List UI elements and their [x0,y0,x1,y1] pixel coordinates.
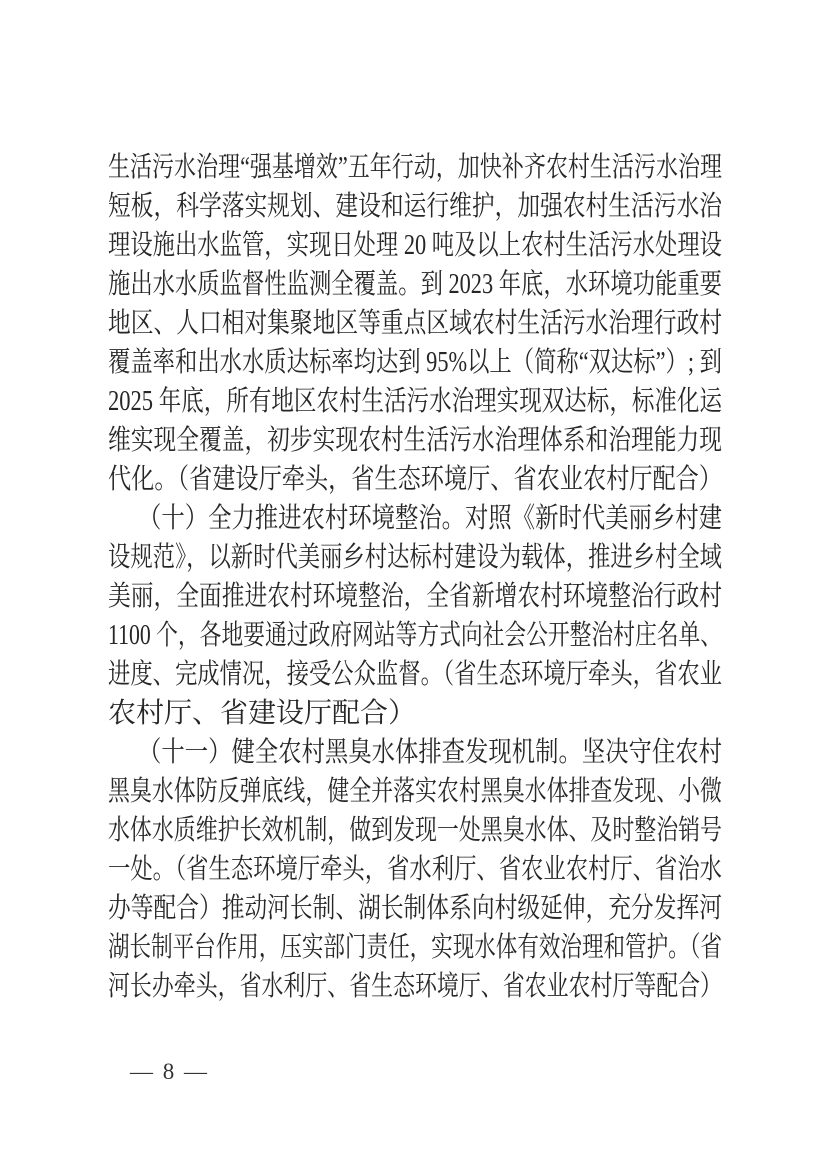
text-line: 设规范》，以新时代美丽乡村达标村建设为载体，推进乡村全域 [108,538,722,577]
text-line: 覆盖率和出水水质达标率均达到 95%以上（简称“双达标”）; 到 [108,343,722,382]
paragraph-item-11-black-odorous-water: （十一）健全农村黑臭水体排查发现机制。坚决守住农村 黑臭水体防反弹底线，健全并落… [108,733,722,1006]
text-line: 水体水质维护长效机制，做到发现一处黑臭水体、及时整治销号 [108,811,722,850]
paragraph-sewage-treatment: 生活污水治理“强基增效”五年行动，加快补齐农村生活污水治理 短板，科学落实规划、… [108,148,722,499]
paragraph-item-10-environment-improvement: （十）全力推进农村环境整治。对照《新时代美丽乡村建 设规范》，以新时代美丽乡村达… [108,499,722,733]
text-line-content: 农村厅、省建设厅配合） [108,694,416,733]
text-line-content: 黑臭水体防反弹底线，健全并落实农村黑臭水体排查发现、小微 [108,772,722,811]
text-line: 短板，科学落实规划、建设和运行维护，加强农村生活污水治 [108,187,722,226]
text-line: 湖长制平台作用，压实部门责任，实现水体有效治理和管护。（省 [108,928,722,967]
text-line-content: 河长办牵头，省水利厅、省生态环境厅、省农业农村厅等配合） [108,967,722,1006]
text-line: 一处。（省生态环境厅牵头，省水利厅、省农业农村厅、省治水 [108,850,722,889]
text-line: 维实现全覆盖，初步实现农村生活污水治理体系和治理能力现 [108,421,722,460]
text-line: 黑臭水体防反弹底线，健全并落实农村黑臭水体排查发现、小微 [108,772,722,811]
text-line: （十一）健全农村黑臭水体排查发现机制。坚决守住农村 [108,733,722,772]
text-line-content: 代化。（省建设厅牵头，省生态环境厅、省农业农村厅配合） [108,460,722,499]
text-line-content: 美丽，全面推进农村环境整治，全省新增农村环境整治行政村 [108,577,722,616]
text-line: 河长办牵头，省水利厅、省生态环境厅、省农业农村厅等配合） [108,967,722,1006]
text-line-content: 湖长制平台作用，压实部门责任，实现水体有效治理和管护。（省 [108,928,722,967]
text-line-content: 水体水质维护长效机制，做到发现一处黑臭水体、及时整治销号 [108,811,722,850]
text-line-content: 进度、完成情况，接受公众监督。（省生态环境厅牵头，省农业 [108,655,722,694]
page-number: — 8 — [130,1058,209,1086]
text-line-content: 2025 年底，所有地区农村生活污水治理实现双达标，标准化运 [108,382,722,421]
text-line: 地区、人口相对集聚地区等重点区域农村生活污水治理行政村 [108,304,722,343]
text-line-content: 理设施出水监管，实现日处理 20 吨及以上农村生活污水处理设 [108,226,722,265]
text-line-content: 维实现全覆盖，初步实现农村生活污水治理体系和治理能力现 [108,421,722,460]
body-text: 生活污水治理“强基增效”五年行动，加快补齐农村生活污水治理 短板，科学落实规划、… [108,148,722,1006]
text-line-content: 施出水水质监督性监测全覆盖。到 2023 年底，水环境功能重要 [108,265,722,304]
text-line-content: 地区、人口相对集聚地区等重点区域农村生活污水治理行政村 [108,304,722,343]
text-line: 进度、完成情况，接受公众监督。（省生态环境厅牵头，省农业 [108,655,722,694]
text-line-content: （十）全力推进农村环境整治。对照《新时代美丽乡村建 [138,499,722,538]
text-line: 美丽，全面推进农村环境整治，全省新增农村环境整治行政村 [108,577,722,616]
text-line: 2025 年底，所有地区农村生活污水治理实现双达标，标准化运 [108,382,722,421]
text-line: 1100 个，各地要通过政府网站等方式向社会公开整治村庄名单、 [108,616,722,655]
text-line-content: 短板，科学落实规划、建设和运行维护，加强农村生活污水治 [108,187,722,226]
text-line: 代化。（省建设厅牵头，省生态环境厅、省农业农村厅配合） [108,460,722,499]
text-line-content: 一处。（省生态环境厅牵头，省水利厅、省农业农村厅、省治水 [108,850,722,889]
text-line: 理设施出水监管，实现日处理 20 吨及以上农村生活污水处理设 [108,226,722,265]
text-line-content: 生活污水治理“强基增效”五年行动，加快补齐农村生活污水治理 [108,148,722,187]
text-line-content: 1100 个，各地要通过政府网站等方式向社会公开整治村庄名单、 [108,616,722,655]
text-line-content: 办等配合）推动河长制、湖长制体系向村级延伸，充分发挥河 [108,889,722,928]
document-page: 生活污水治理“强基增效”五年行动，加快补齐农村生活污水治理 短板，科学落实规划、… [0,0,826,1169]
text-line-content: 设规范》，以新时代美丽乡村达标村建设为载体，推进乡村全域 [108,538,722,577]
text-line: 办等配合）推动河长制、湖长制体系向村级延伸，充分发挥河 [108,889,722,928]
text-line-content: 覆盖率和出水水质达标率均达到 95%以上（简称“双达标”）; 到 [108,343,722,382]
text-line: 施出水水质监督性监测全覆盖。到 2023 年底，水环境功能重要 [108,265,722,304]
text-line-content: （十一）健全农村黑臭水体排查发现机制。坚决守住农村 [138,733,722,772]
text-line: （十）全力推进农村环境整治。对照《新时代美丽乡村建 [108,499,722,538]
text-line: 农村厅、省建设厅配合） [108,694,722,733]
text-line: 生活污水治理“强基增效”五年行动，加快补齐农村生活污水治理 [108,148,722,187]
